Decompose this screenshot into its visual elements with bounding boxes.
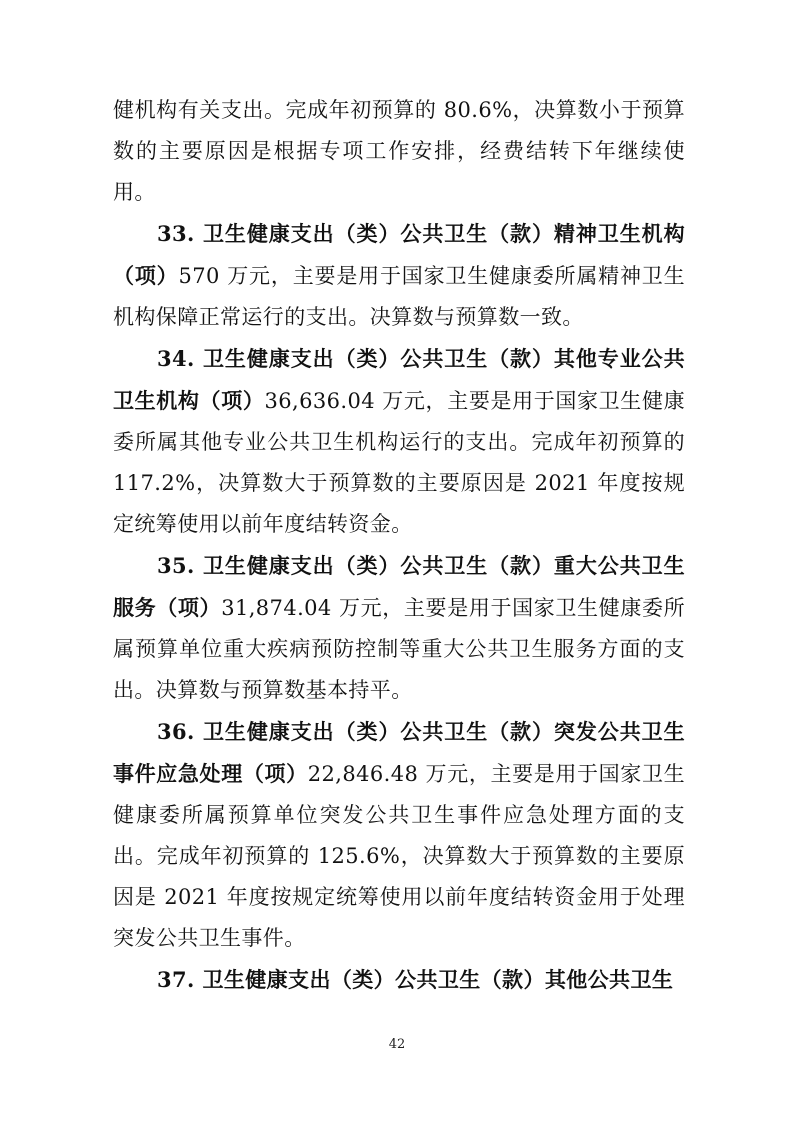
page-number: 42 [389, 1037, 406, 1052]
paragraph: 健机构有关支出。完成年初预算的 80.6%，决算数小于预算数的主要原因是根据专项… [113, 90, 685, 213]
page-footer: 42 [0, 1037, 794, 1052]
text-run: 570 万元，主要是用于国家卫生健康委所属精神卫生机构保障正常运行的支出。决算数… [113, 264, 685, 329]
paragraph: 33. 卫生健康支出（类）公共卫生（款）精神卫生机构（项）570 万元，主要是用… [113, 213, 685, 338]
text-run: 健机构有关支出。完成年初预算的 80.6%，决算数小于预算数的主要原因是根据专项… [113, 98, 685, 204]
paragraph: 35. 卫生健康支出（类）公共卫生（款）重大公共卫生服务（项）31,874.04… [113, 545, 685, 711]
paragraph: 37. 卫生健康支出（类）公共卫生（款）其他公共卫生 [113, 959, 685, 1001]
paragraph: 36. 卫生健康支出（类）公共卫生（款）突发公共卫生事件应急处理（项）22,84… [113, 711, 685, 959]
paragraph: 34. 卫生健康支出（类）公共卫生（款）其他专业公共卫生机构（项）36,636.… [113, 338, 685, 545]
document-body: 健机构有关支出。完成年初预算的 80.6%，决算数小于预算数的主要原因是根据专项… [113, 90, 685, 1001]
document-page: 健机构有关支出。完成年初预算的 80.6%，决算数小于预算数的主要原因是根据专项… [0, 0, 794, 1123]
bold-text-run: 37. 卫生健康支出（类）公共卫生（款）其他公共卫生 [157, 967, 673, 992]
text-run: 22,846.48 万元，主要是用于国家卫生健康委所属预算单位突发公共卫生事件应… [113, 762, 685, 950]
